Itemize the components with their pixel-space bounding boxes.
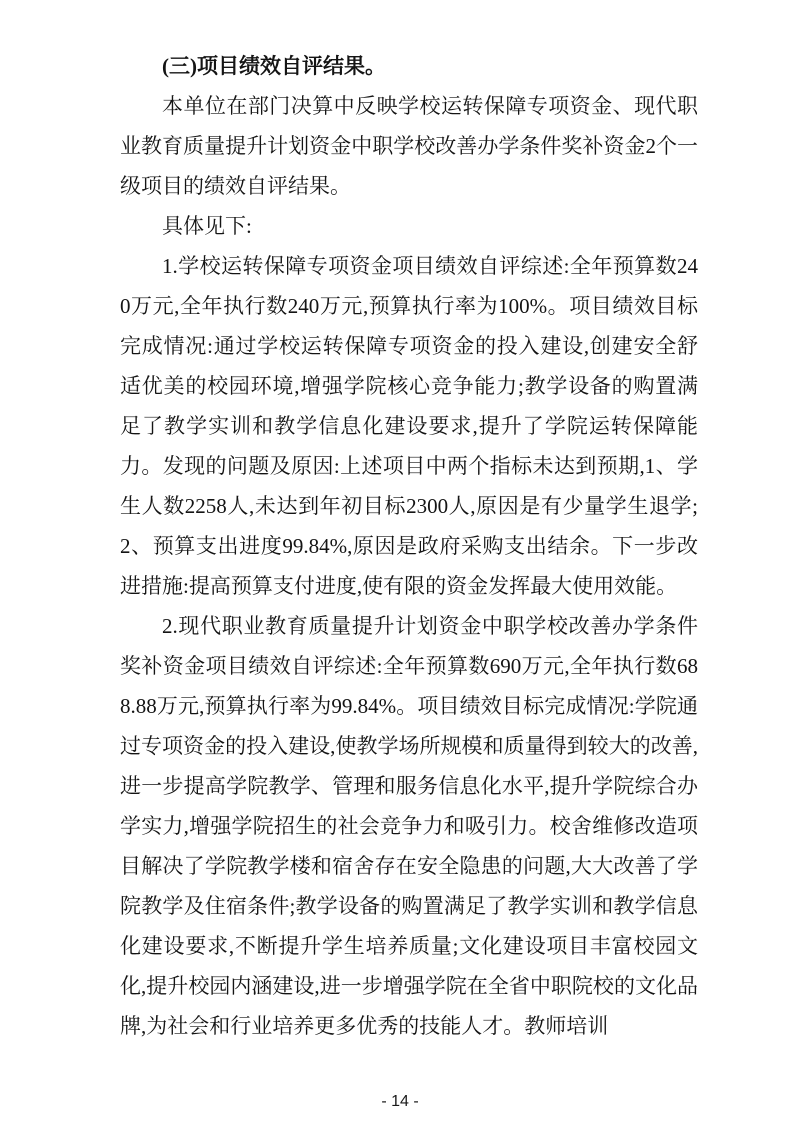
page-number: - 14 - — [0, 1093, 800, 1111]
paragraph-intro: 本单位在部门决算中反映学校运转保障专项资金、现代职业教育质量提升计划资金中职学校… — [120, 86, 698, 206]
paragraph-project-2-self-evaluation: 2.现代职业教育质量提升计划资金中职学校改善办学条件奖补资金项目绩效自评综述:全… — [120, 606, 698, 1046]
section-heading: (三)项目绩效自评结果。 — [120, 46, 698, 86]
paragraph-project-1-self-evaluation: 1.学校运转保障专项资金项目绩效自评综述:全年预算数240万元,全年执行数240… — [120, 246, 698, 606]
paragraph-lead-in: 具体见下: — [120, 206, 698, 246]
document-page: (三)项目绩效自评结果。 本单位在部门决算中反映学校运转保障专项资金、现代职业教… — [120, 46, 698, 1046]
